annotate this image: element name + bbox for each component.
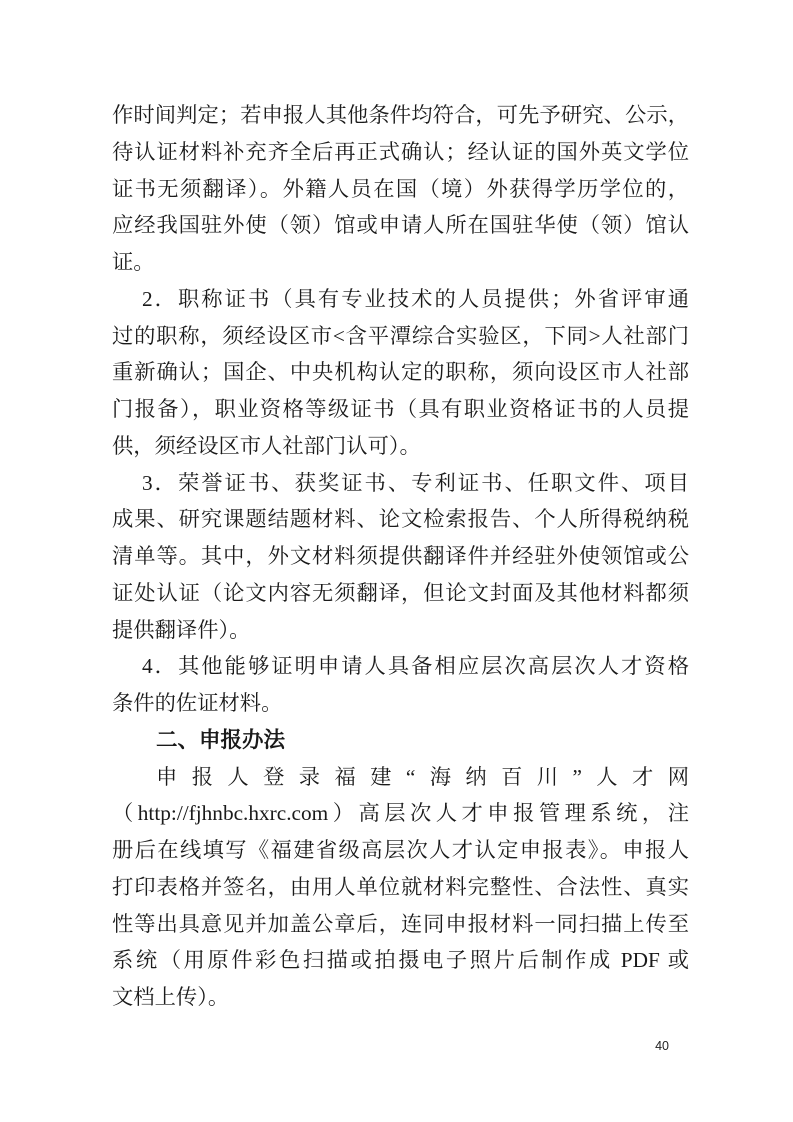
text-line: 文档上传）。 — [112, 979, 689, 1016]
text-line: 重新确认；国企、中央机构认定的职称，须向设区市人社部 — [112, 354, 689, 391]
text-line: 待认证材料补充齐全后再正式确认；经认证的国外英文学位 — [112, 134, 689, 171]
paragraph: 4．其他能够证明申请人具备相应层次高层次人才资格条件的佐证材料。 — [112, 648, 689, 722]
text-line: 作时间判定；若申报人其他条件均符合，可先予研究、公示， — [112, 97, 689, 134]
text-line: 成果、研究课题结题材料、论文检索报告、个人所得税纳税 — [112, 501, 689, 538]
document-page: 作时间判定；若申报人其他条件均符合，可先予研究、公示，待认证材料补充齐全后再正式… — [0, 0, 793, 1122]
section-heading: 二、申报办法 — [112, 722, 689, 759]
text-line: 清单等。其中，外文材料须提供翻译件并经驻外使领馆或公 — [112, 538, 689, 575]
paragraph: 2．职称证书（具有专业技术的人员提供；外省评审通过的职称，须经设区市<含平潭综合… — [112, 281, 689, 465]
paragraph: 3．荣誉证书、获奖证书、专利证书、任职文件、项目成果、研究课题结题材料、论文检索… — [112, 465, 689, 649]
text-line: 证。 — [112, 244, 689, 281]
text-line: 应经我国驻外使（领）馆或申请人所在国驻华使（领）馆认 — [112, 207, 689, 244]
text-line: 3．荣誉证书、获奖证书、专利证书、任职文件、项目 — [112, 465, 689, 502]
paragraph: 作时间判定；若申报人其他条件均符合，可先予研究、公示，待认证材料补充齐全后再正式… — [112, 97, 689, 281]
text-line: 性等出具意见并加盖公章后，连同申报材料一同扫描上传至 — [112, 906, 689, 943]
text-line: 供，须经设区市人社部门认可）。 — [112, 428, 689, 465]
text-line: 提供翻译件）。 — [112, 612, 689, 649]
text-line: 证处认证（论文内容无须翻译，但论文封面及其他材料都须 — [112, 575, 689, 612]
text-line: 打印表格并签名，由用人单位就材料完整性、合法性、真实 — [112, 869, 689, 906]
document-body: 作时间判定；若申报人其他条件均符合，可先予研究、公示，待认证材料补充齐全后再正式… — [112, 97, 689, 1016]
text-line: 申报人登录福建“海纳百川”人才网 — [112, 759, 689, 796]
paragraph: 申报人登录福建“海纳百川”人才网（http://fjhnbc.hxrc.com）… — [112, 759, 689, 1016]
text-line: 条件的佐证材料。 — [112, 685, 689, 722]
text-line: 证书无须翻译）。外籍人员在国（境）外获得学历学位的， — [112, 171, 689, 208]
text-line: 系统（用原件彩色扫描或拍摄电子照片后制作成 PDF 或 WORD — [112, 942, 689, 979]
text-line: （http://fjhnbc.hxrc.com）高层次人才申报管理系统，注 — [112, 795, 689, 832]
text-line: 4．其他能够证明申请人具备相应层次高层次人才资格 — [112, 648, 689, 685]
text-line: 二、申报办法 — [112, 722, 689, 759]
page-number: 40 — [655, 1039, 669, 1054]
text-line: 2．职称证书（具有专业技术的人员提供；外省评审通 — [112, 281, 689, 318]
text-line: 门报备），职业资格等级证书（具有职业资格证书的人员提 — [112, 391, 689, 428]
text-line: 过的职称，须经设区市<含平潭综合实验区，下同>人社部门 — [112, 318, 689, 355]
text-line: 册后在线填写《福建省级高层次人才认定申报表》。申报人 — [112, 832, 689, 869]
